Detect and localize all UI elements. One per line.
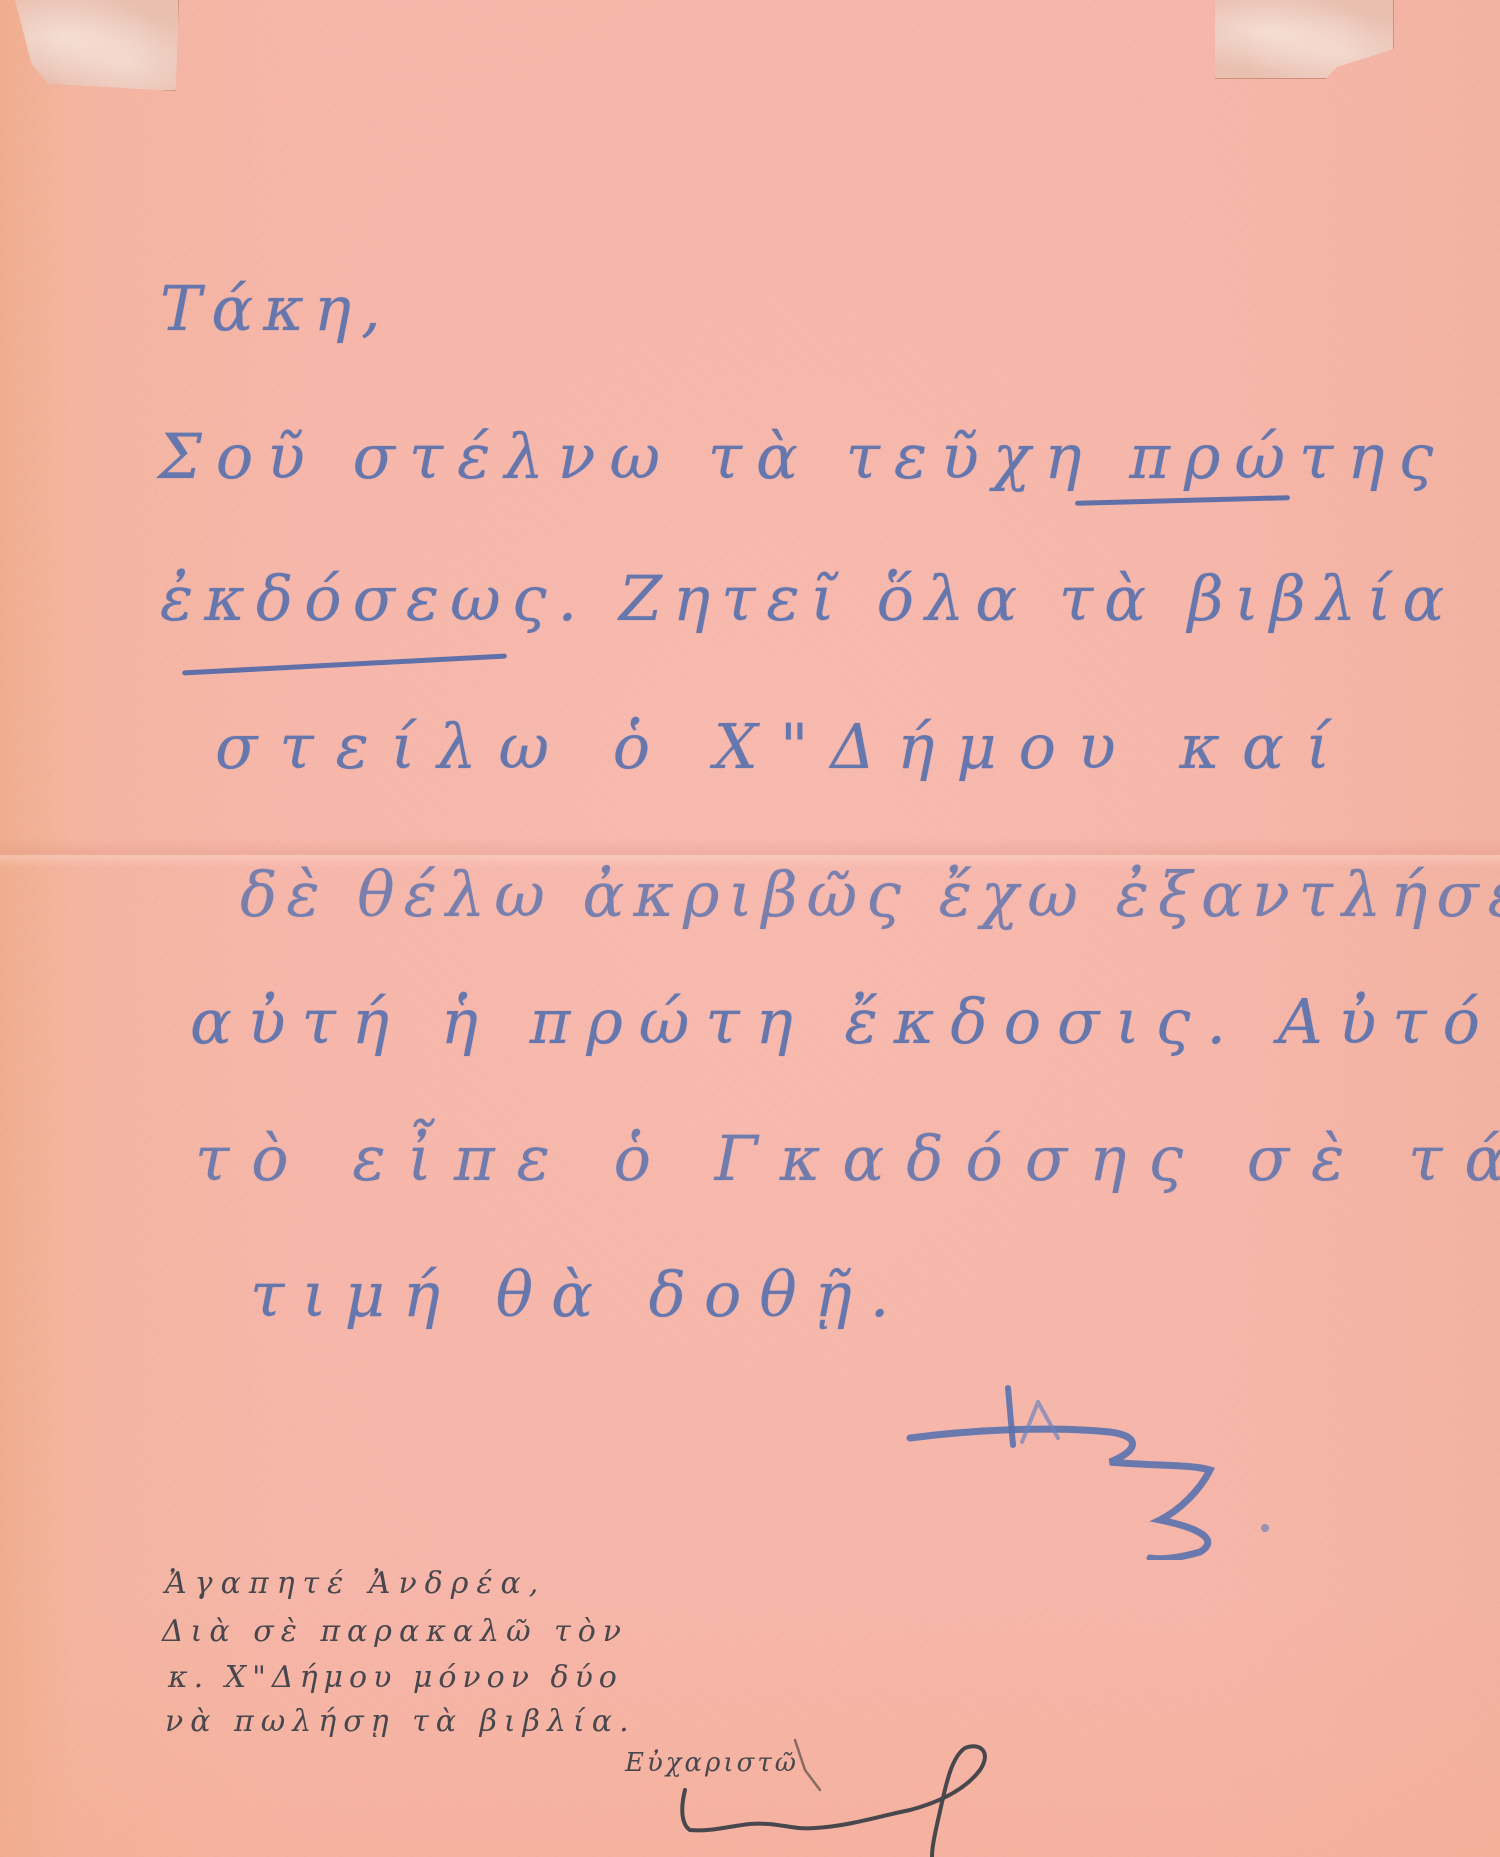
letter-line-6: τὸ εἶπε ὁ Γκαδόσης σὲ τά [195, 1122, 1500, 1195]
tape-strip-left [15, 0, 179, 91]
postscript-line-1: Ἀγαπητέ Ἀνδρέα, [165, 1566, 546, 1601]
postscript-line-3: κ. Χ"Δήμου μόνον δύο [168, 1660, 623, 1695]
letter-line-5: αὐτή ἡ πρώτη ἔκδοσις. Αὐτό [190, 985, 1496, 1058]
letter-line-7: τιμή θὰ δοθῇ. [250, 1258, 908, 1331]
postscript-line-4: νὰ πωλήσῃ τὰ βιβλία. [165, 1704, 636, 1739]
salutation: Τάκη, [160, 272, 391, 345]
tape-strip-right [1215, 0, 1394, 79]
letter-page: Τάκη, Σοῦ στέλνω τὰ τεῦχη πρώτης ἐκδόσεω… [0, 0, 1500, 1857]
signature-blue [880, 1370, 1280, 1560]
signature-pencil [620, 1730, 1040, 1857]
letter-line-1: Σοῦ στέλνω τὰ τεῦχη πρώτης [158, 420, 1447, 493]
postscript-line-2: Διὰ σὲ παρακαλῶ τὸν [162, 1614, 628, 1649]
underline-protis [1075, 495, 1290, 506]
underline-ekdoseos [182, 653, 507, 675]
letter-line-4: δὲ θέλω ἀκριβῶς ἔχω ἐξαντλήσει [240, 858, 1500, 931]
letter-line-3: στείλω ὁ Χ"Δήμου καί [215, 710, 1352, 783]
letter-line-2: ἐκδόσεως. Ζητεῖ ὅλα τὰ βιβλία [160, 562, 1455, 635]
